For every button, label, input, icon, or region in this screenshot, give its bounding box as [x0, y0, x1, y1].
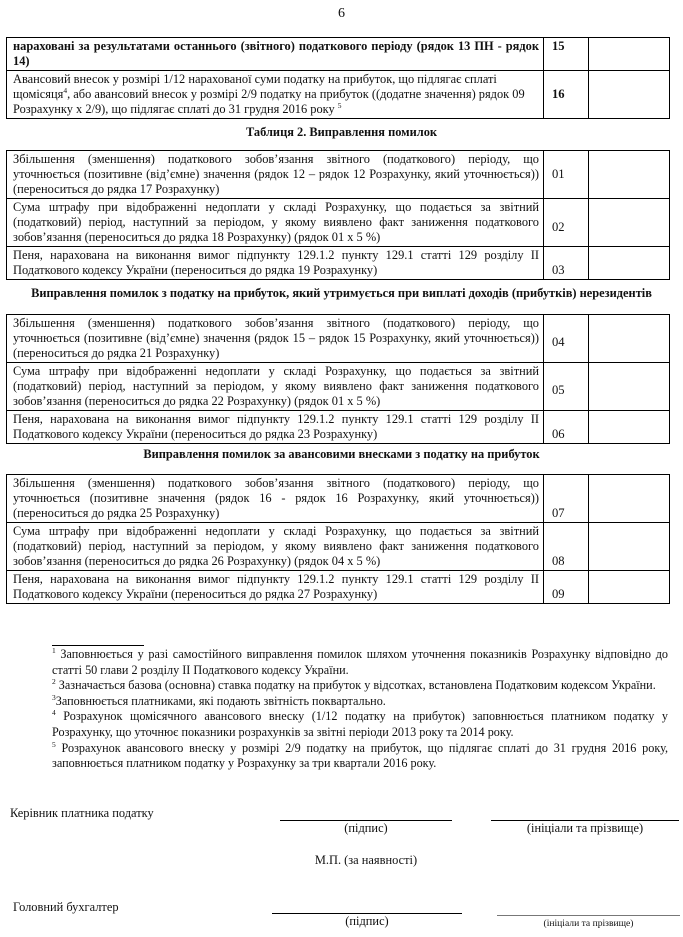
row-code: 06: [544, 411, 589, 444]
footnote-2: 2 Зазначається базова (основна) ставка п…: [52, 678, 668, 694]
footnote-text: Розрахунок авансового внеску у розмірі 2…: [52, 741, 668, 771]
row-value-cell[interactable]: [589, 247, 670, 280]
table4: Збільшення (зменшення) податкового зобов…: [6, 474, 670, 604]
row-value-cell[interactable]: [589, 571, 670, 604]
row-code: 02: [544, 199, 589, 247]
row-code: 04: [544, 315, 589, 363]
row-value-cell[interactable]: [589, 411, 670, 444]
row-description: Сума штрафу при відображенні недоплати у…: [7, 363, 544, 411]
row-text: , або авансовий внесок у розмірі 2/9 под…: [13, 87, 525, 116]
footnote-separator: [52, 645, 144, 646]
row-value-cell[interactable]: [589, 71, 670, 119]
footnote-3: 3Заповнюється платниками, які подають зв…: [52, 694, 668, 710]
footnote-text: Розрахунок щомісячного авансового внеску…: [52, 709, 668, 739]
row-description: Пеня, нарахована на виконання вимог підп…: [7, 571, 544, 604]
footnote-4: 4 Розрахунок щомісячного авансового внес…: [52, 709, 668, 740]
footnote-ref: 5: [338, 101, 342, 110]
table-row: Сума штрафу при відображенні недоплати у…: [7, 363, 670, 411]
row-code: 16: [544, 71, 589, 119]
table-row: Збільшення (зменшення) податкового зобов…: [7, 315, 670, 363]
row-description: Пеня, нарахована на виконання вимог підп…: [7, 247, 544, 280]
table-row: Пеня, нарахована на виконання вимог підп…: [7, 247, 670, 280]
row-value-cell[interactable]: [589, 523, 670, 571]
row-code: 07: [544, 475, 589, 523]
table3: Збільшення (зменшення) податкового зобов…: [6, 314, 670, 444]
row-description: Пеня, нарахована на виконання вимог підп…: [7, 411, 544, 444]
table-row: Збільшення (зменшення) податкового зобов…: [7, 151, 670, 199]
footnotes: 1 Заповнюється у разі самостійного випра…: [52, 647, 668, 772]
table3-title: Виправлення помилок з податку на прибуто…: [0, 286, 683, 301]
row-code: 01: [544, 151, 589, 199]
table2: Збільшення (зменшення) податкового зобов…: [6, 150, 670, 280]
head-label: Керівник платника податку: [10, 806, 154, 821]
accountant-name-caption: (ініціали та прізвище): [497, 918, 680, 929]
row-value-cell[interactable]: [589, 475, 670, 523]
row-description: Сума штрафу при відображенні недоплати у…: [7, 523, 544, 571]
row-code: 09: [544, 571, 589, 604]
accountant-label: Головний бухгалтер: [13, 900, 119, 915]
footnote-5: 5 Розрахунок авансового внеску у розмірі…: [52, 741, 668, 772]
row-value-cell[interactable]: [589, 151, 670, 199]
table-row: Пеня, нарахована на виконання вимог підп…: [7, 411, 670, 444]
table-row: Сума штрафу при відображенні недоплати у…: [7, 523, 670, 571]
head-name-caption: (ініціали та прізвище): [491, 821, 679, 836]
head-signature-caption: (підпис): [280, 821, 452, 836]
table-row: Сума штрафу при відображенні недоплати у…: [7, 199, 670, 247]
row-description: Авансовий внесок у розмірі 1/12 нарахова…: [7, 71, 544, 119]
row-value-cell[interactable]: [589, 363, 670, 411]
footnote-text: Зазначається базова (основна) ставка под…: [56, 678, 656, 692]
footnote-1: 1 Заповнюється у разі самостійного випра…: [52, 647, 668, 678]
row-description: Збільшення (зменшення) податкового зобов…: [7, 315, 544, 363]
row-code: 08: [544, 523, 589, 571]
row-value-cell[interactable]: [589, 199, 670, 247]
accountant-signature-caption: (підпис): [272, 914, 462, 929]
table-row: Авансовий внесок у розмірі 1/12 нарахова…: [7, 71, 670, 119]
stamp-label: М.П. (за наявності): [280, 853, 452, 868]
table-row: Пеня, нарахована на виконання вимог підп…: [7, 571, 670, 604]
table-continuation: нараховані за результатами останнього (з…: [6, 37, 670, 119]
table2-title: Таблиця 2. Виправлення помилок: [0, 125, 683, 140]
row-code: 15: [544, 38, 589, 71]
table-row: нараховані за результатами останнього (з…: [7, 38, 670, 71]
page-number: 6: [0, 6, 683, 22]
footnote-text: Заповнюється платниками, які подають зві…: [56, 694, 386, 708]
row-description: Збільшення (зменшення) податкового зобов…: [7, 475, 544, 523]
table4-title: Виправлення помилок за авансовими внеска…: [0, 447, 683, 462]
accountant-name-line[interactable]: [497, 915, 680, 916]
row-description: Збільшення (зменшення) податкового зобов…: [7, 151, 544, 199]
table-row: Збільшення (зменшення) податкового зобов…: [7, 475, 670, 523]
row-code: 05: [544, 363, 589, 411]
row-value-cell[interactable]: [589, 315, 670, 363]
row-description: Сума штрафу при відображенні недоплати у…: [7, 199, 544, 247]
footnote-text: Заповнюється у разі самостійного виправл…: [52, 647, 668, 677]
row-description: нараховані за результатами останнього (з…: [7, 38, 544, 71]
row-value-cell[interactable]: [589, 38, 670, 71]
row-code: 03: [544, 247, 589, 280]
